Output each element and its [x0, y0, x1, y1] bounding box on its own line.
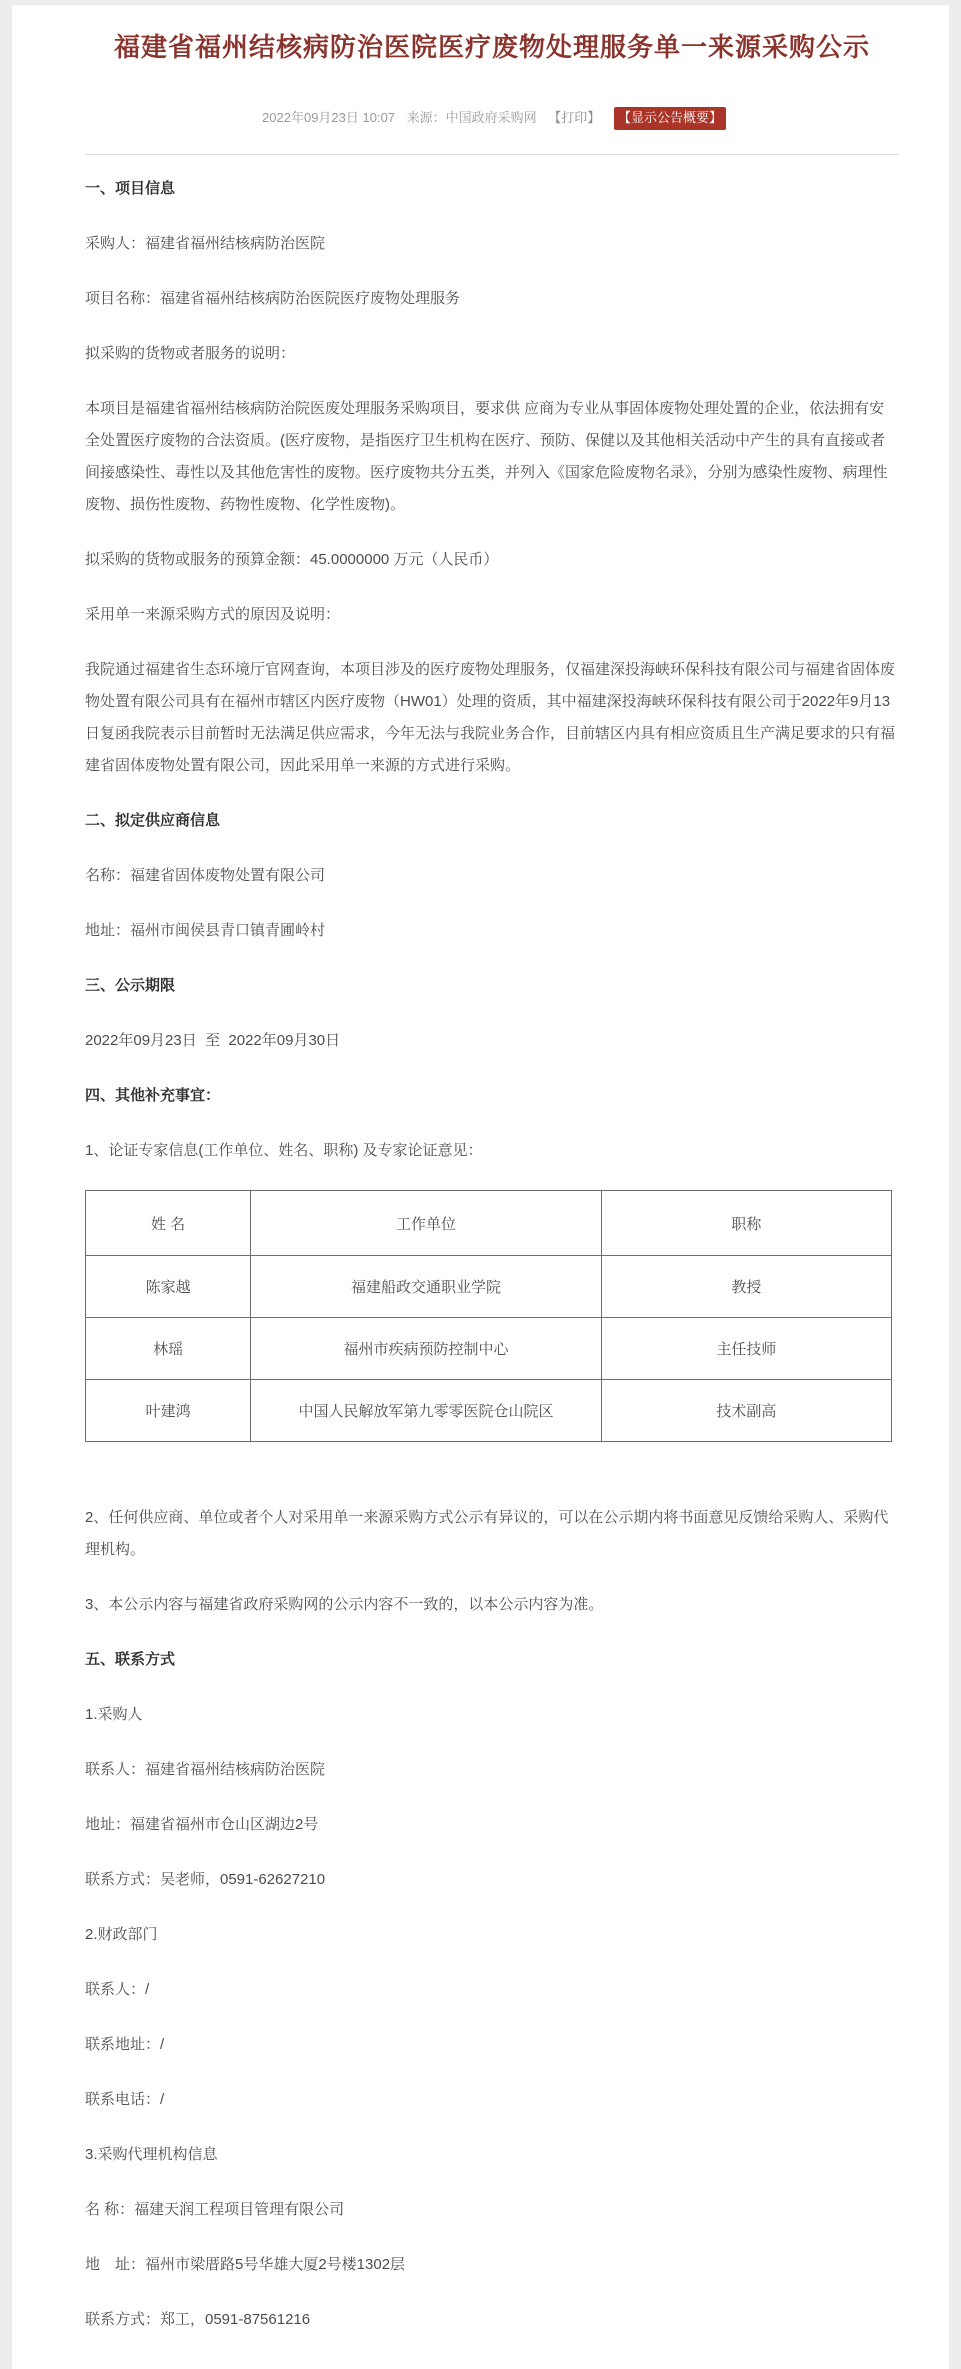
- expert-workunit: 福州市疾病预防控制中心: [251, 1318, 602, 1380]
- expert-table: 姓 名 工作单位 职称 陈家越 福建船政交通职业学院 教授 林瑶 福州市疾病预防…: [85, 1190, 892, 1442]
- section-1-heading: 一、项目信息: [85, 173, 899, 205]
- description-paragraph: 本项目是福建省福州结核病防治院医废处理服务采购项目，要求供 应商为专业从事固体废…: [85, 393, 899, 521]
- contact-1-person: 联系人：福建省福州结核病防治医院: [85, 1754, 899, 1786]
- contact-3-title: 3.采购代理机构信息: [85, 2139, 899, 2171]
- expert-table-row: 林瑶 福州市疾病预防控制中心 主任技师: [86, 1318, 892, 1380]
- contact-3-name: 名 称：福建天润工程项目管理有限公司: [85, 2194, 899, 2226]
- expert-table-header-workunit: 工作单位: [251, 1191, 602, 1256]
- note-2-line: 2、任何供应商、单位或者个人对采用单一来源采购方式公示有异议的，可以在公示期内将…: [85, 1502, 899, 1566]
- contact-3-phone: 联系方式：郑工，0591-87561216: [85, 2304, 899, 2336]
- expert-name: 陈家越: [86, 1256, 251, 1318]
- announcement-page: 福建省福州结核病防治医院医疗废物处理服务单一来源采购公示 2022年09月23日…: [12, 5, 949, 2369]
- contact-2-phone: 联系电话：/: [85, 2084, 899, 2116]
- expert-table-header-row: 姓 名 工作单位 职称: [86, 1191, 892, 1256]
- contact-1-address: 地址：福建省福州市仓山区湖边2号: [85, 1809, 899, 1841]
- section-2-heading: 二、拟定供应商信息: [85, 805, 899, 837]
- page-title: 福建省福州结核病防治医院医疗废物处理服务单一来源采购公示: [85, 29, 899, 65]
- single-source-reason-paragraph: 我院通过福建省生态环境厅官网查询，本项目涉及的医疗废物处理服务，仅福建深投海峡环…: [85, 654, 899, 782]
- buyer-line: 采购人：福建省福州结核病防治医院: [85, 228, 899, 260]
- print-button[interactable]: 【打印】: [548, 110, 600, 125]
- publish-datetime: 2022年09月23日 10:07: [262, 110, 395, 125]
- budget-line: 拟采购的货物或服务的预算金额：45.0000000 万元（人民币）: [85, 544, 899, 576]
- expert-position: 主任技师: [601, 1318, 891, 1380]
- expert-workunit: 中国人民解放军第九零零医院仓山院区: [251, 1380, 602, 1442]
- contact-1-title: 1.采购人: [85, 1699, 899, 1731]
- supplier-name-line: 名称：福建省固体废物处置有限公司: [85, 860, 899, 892]
- source-text: 来源：中国政府采购网: [407, 110, 537, 125]
- note-3-line: 3、本公示内容与福建省政府采购网的公示内容不一致的，以本公示内容为准。: [85, 1589, 899, 1621]
- note-1-line: 1、论证专家信息(工作单位、姓名、职称) 及专家论证意见：: [85, 1135, 899, 1167]
- contact-3-address: 地 址：福州市梁厝路5号华雄大厦2号楼1302层: [85, 2249, 899, 2281]
- description-label: 拟采购的货物或者服务的说明：: [85, 338, 899, 370]
- expert-position: 教授: [601, 1256, 891, 1318]
- section-3-heading: 三、公示期限: [85, 970, 899, 1002]
- expert-workunit: 福建船政交通职业学院: [251, 1256, 602, 1318]
- expert-table-header-name: 姓 名: [86, 1191, 251, 1256]
- meta-line: 2022年09月23日 10:07 来源：中国政府采购网 【打印】 【显示公告概…: [85, 107, 899, 130]
- expert-name: 林瑶: [86, 1318, 251, 1380]
- publicity-period-line: 2022年09月23日 至 2022年09月30日: [85, 1025, 899, 1057]
- contact-2-title: 2.财政部门: [85, 1919, 899, 1951]
- contact-2-person: 联系人：/: [85, 1974, 899, 2006]
- summary-toggle-button[interactable]: 【显示公告概要】: [614, 107, 726, 130]
- expert-position: 技术副高: [601, 1380, 891, 1442]
- contact-2-address: 联系地址：/: [85, 2029, 899, 2061]
- project-name-line: 项目名称：福建省福州结核病防治医院医疗废物处理服务: [85, 283, 899, 315]
- expert-name: 叶建鸿: [86, 1380, 251, 1442]
- expert-table-header-position: 职称: [601, 1191, 891, 1256]
- expert-table-row: 陈家越 福建船政交通职业学院 教授: [86, 1256, 892, 1318]
- section-5-heading: 五、联系方式: [85, 1644, 899, 1676]
- announcement-body: 一、项目信息 采购人：福建省福州结核病防治医院 项目名称：福建省福州结核病防治医…: [85, 155, 899, 2369]
- expert-table-row: 叶建鸿 中国人民解放军第九零零医院仓山院区 技术副高: [86, 1380, 892, 1442]
- single-source-reason-label: 采用单一来源采购方式的原因及说明：: [85, 599, 899, 631]
- supplier-address-line: 地址：福州市闽侯县青口镇青圃岭村: [85, 915, 899, 947]
- contact-1-phone: 联系方式：吴老师，0591-62627210: [85, 1864, 899, 1896]
- section-4-heading: 四、其他补充事宜：: [85, 1080, 899, 1112]
